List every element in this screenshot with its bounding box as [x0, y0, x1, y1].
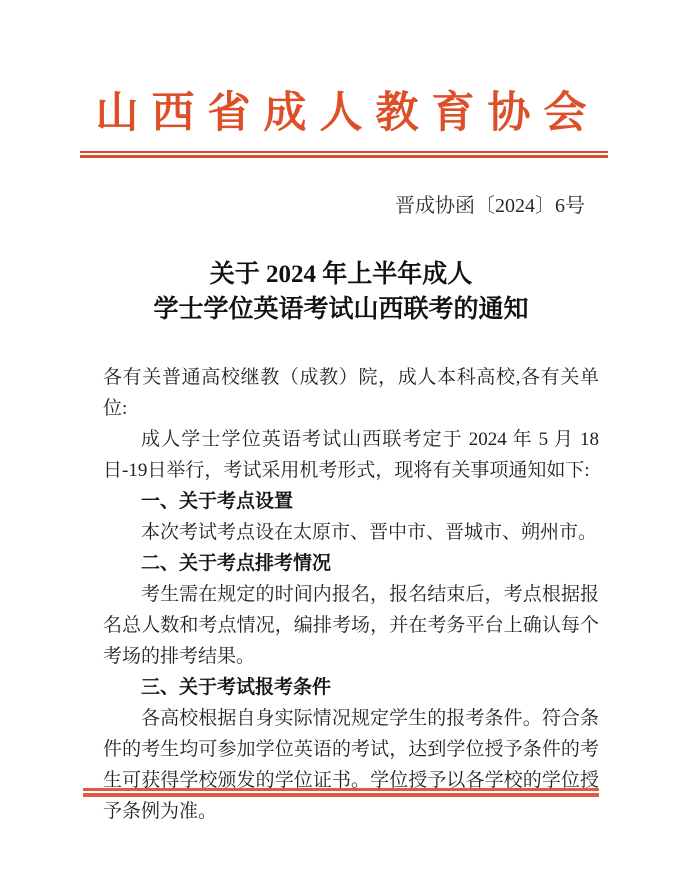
section-2-text: 考生需在规定的时间内报名，报名结束后，考点根据报名总人数和考点情况，编排考场，并…	[103, 579, 599, 672]
section-1-text: 本次考试考点设在太原市、晋中市、晋城市、朔州市。	[103, 517, 599, 548]
footer-red-rule	[83, 788, 599, 797]
document-page: 山西省成人教育协会 晋成协函〔2024〕6号 关于 2024 年上半年成人 学士…	[0, 0, 682, 875]
document-body: 各有关普通高校继教（成教）院，成人本科高校,各有关单位: 成人学士学位英语考试山…	[103, 362, 599, 827]
section-2-heading: 二、关于考点排考情况	[103, 548, 599, 579]
issuing-org-name: 山西省成人教育协会	[0, 88, 682, 140]
footer-rule-line-bottom	[83, 793, 599, 797]
salutation: 各有关普通高校继教（成教）院，成人本科高校,各有关单位:	[103, 362, 599, 424]
section-1-heading: 一、关于考点设置	[103, 486, 599, 517]
header-red-rule	[80, 151, 608, 158]
document-reference-number: 晋成协函〔2024〕6号	[0, 192, 585, 220]
section-3-heading: 三、关于考试报考条件	[103, 672, 599, 703]
section-3-text: 各高校根据自身实际情况规定学生的报考条件。符合条件的考生均可参加学位英语的考试，…	[103, 703, 599, 827]
document-title-line1: 关于 2024 年上半年成人	[0, 257, 682, 292]
header-rule-line-bottom	[80, 155, 608, 158]
intro-paragraph: 成人学士学位英语考试山西联考定于 2024 年 5 月 18 日-19日举行，考…	[103, 424, 599, 486]
document-title: 关于 2024 年上半年成人 学士学位英语考试山西联考的通知	[0, 257, 682, 327]
document-title-line2: 学士学位英语考试山西联考的通知	[0, 292, 682, 327]
